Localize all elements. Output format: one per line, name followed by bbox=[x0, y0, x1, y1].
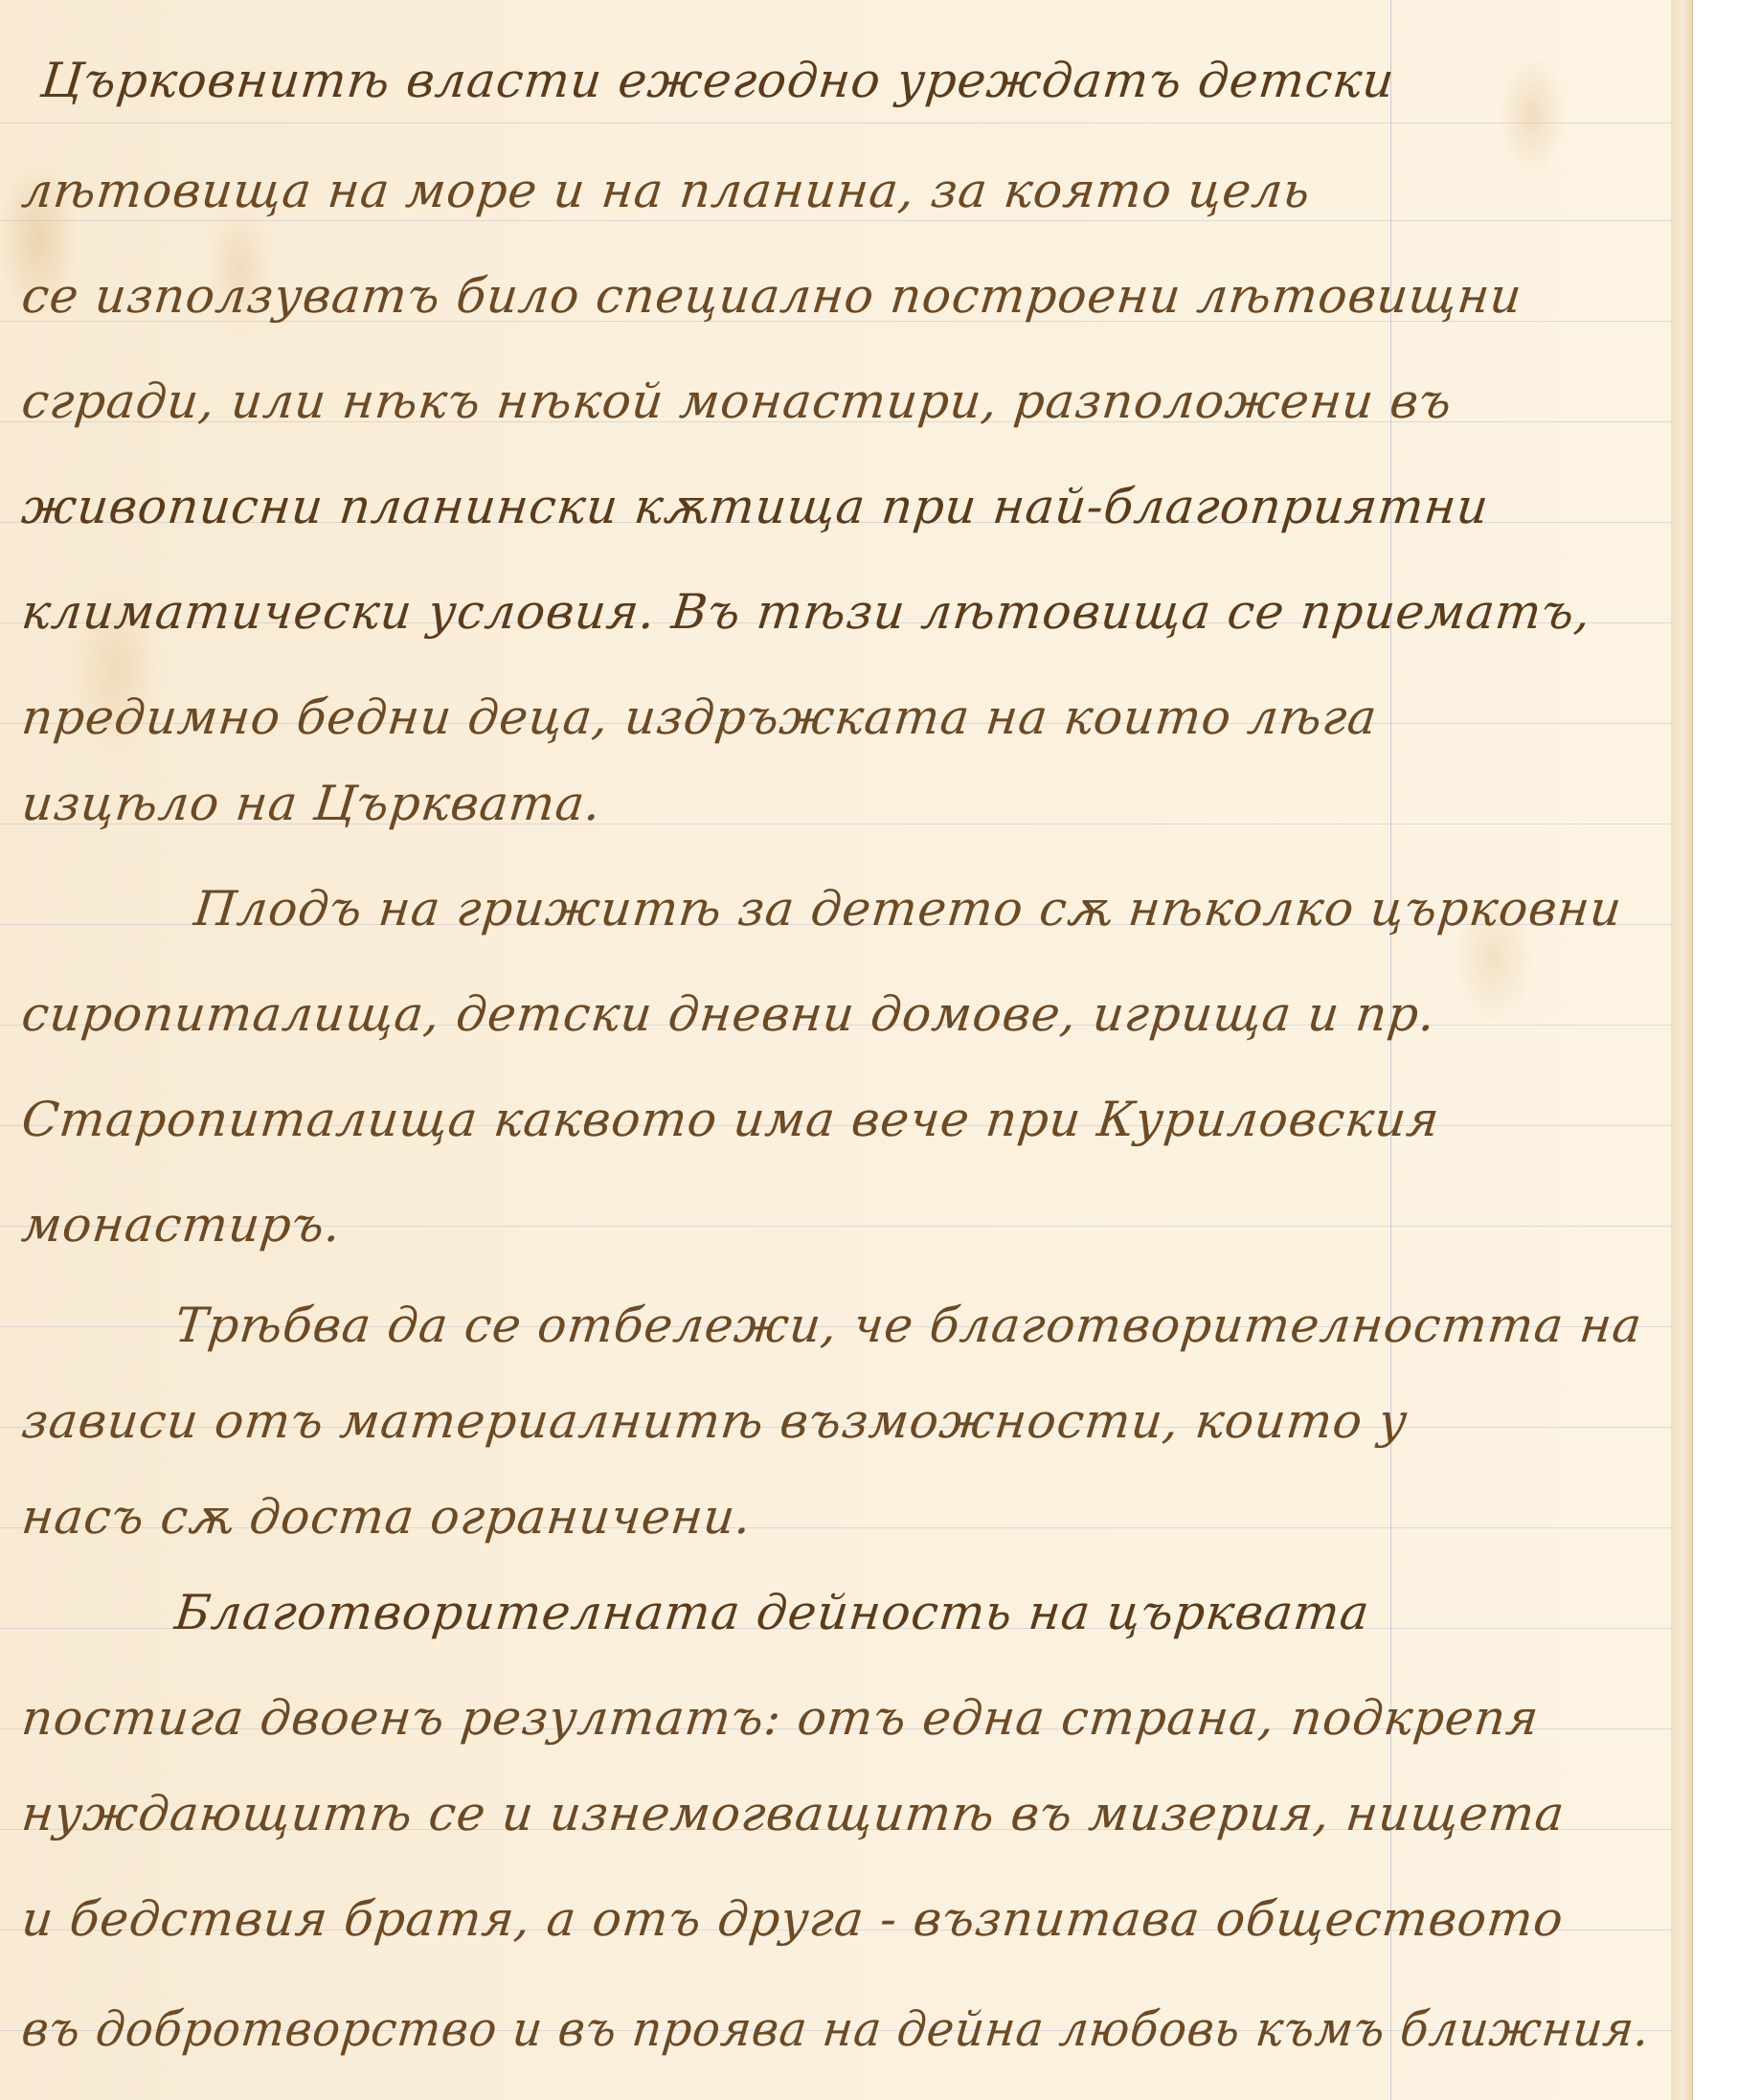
text-line: изцѣло на Църквата. bbox=[19, 776, 604, 831]
text-line: сиропиталища, детски дневни домове, игри… bbox=[19, 986, 1438, 1042]
text-line: сгради, или нѣкъ нѣкой монастири, разпол… bbox=[19, 373, 1455, 429]
text-line: постига двоенъ резултатъ: отъ една стран… bbox=[19, 1690, 1542, 1746]
manuscript-page: Църковнитѣ власти ежегодно уреждатъ детс… bbox=[0, 0, 1673, 2100]
text-line: климатически условия. Въ тѣзи лѣтовища с… bbox=[19, 584, 1593, 640]
text-line: лѣтовища на море и на планина, за която … bbox=[19, 163, 1314, 218]
text-line: въ добротворство и въ проява на дейна лю… bbox=[19, 2001, 1653, 2057]
text-line: Църковнитѣ власти ежегодно уреждатъ детс… bbox=[38, 53, 1397, 108]
text-line: Благотворителната дейность на църквата bbox=[172, 1585, 1372, 1640]
text-line: Плодъ на грижитѣ за детето сѫ нѣколко цъ… bbox=[192, 881, 1625, 937]
page-edge bbox=[1671, 0, 1693, 2100]
handwritten-text: Църковнитѣ власти ежегодно уреждатъ детс… bbox=[0, 0, 1671, 2100]
text-line: се използуватъ било специално построени … bbox=[19, 268, 1524, 324]
text-line: нуждающитѣ се и изнемогващитѣ въ мизерия… bbox=[19, 1786, 1568, 1841]
text-line: живописни планински кѫтища при най-благо… bbox=[19, 479, 1492, 534]
text-line: и бедствия братя, а отъ друга - възпитав… bbox=[19, 1891, 1567, 1947]
text-line: предимно бедни деца, издръжката на които… bbox=[19, 689, 1380, 745]
text-line: зависи отъ материалнитѣ възможности, кои… bbox=[19, 1393, 1411, 1449]
text-line: Старопиталища каквото има вече при Курил… bbox=[19, 1092, 1442, 1147]
text-line: монастиръ. bbox=[19, 1197, 344, 1253]
text-line: Трѣбва да се отбележи, че благотворителн… bbox=[172, 1298, 1645, 1353]
text-line: насъ сѫ доста ограничени. bbox=[19, 1489, 755, 1545]
